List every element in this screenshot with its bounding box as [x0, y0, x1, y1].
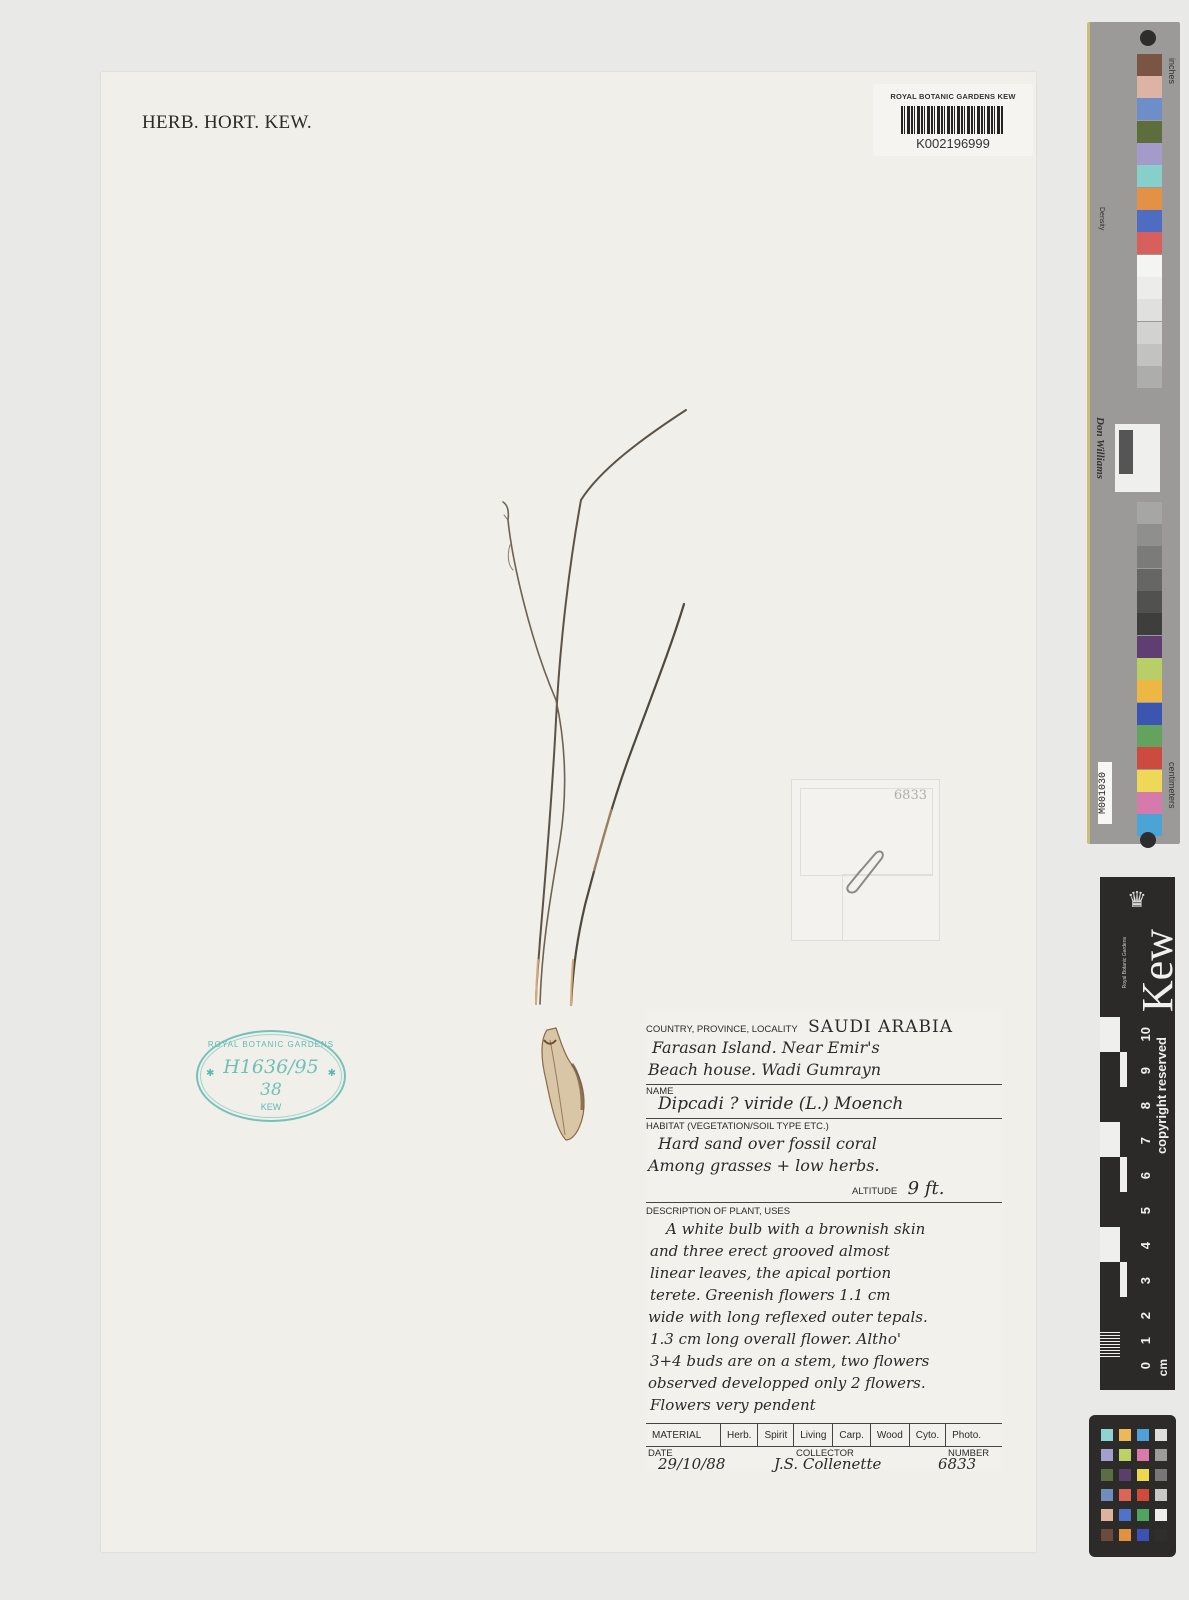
swatch [1137, 54, 1162, 76]
altitude-value: 9 ft. [908, 1178, 945, 1199]
swatch [1137, 725, 1162, 747]
taxon-name: Dipcadi ? viride (L.) Moench [658, 1094, 1002, 1114]
material-carp[interactable]: Carp. [833, 1424, 870, 1446]
kew-logo: Kew [1136, 929, 1180, 1012]
kew-subtitle: Royal Botanic Gardens [1122, 937, 1128, 988]
swatch [1137, 210, 1162, 232]
stamp-place: KEW [196, 1102, 346, 1112]
gray-swatch [1137, 255, 1162, 277]
material-spirit[interactable]: Spirit [758, 1424, 794, 1446]
swatch [1137, 792, 1162, 814]
locality-header: COUNTRY, PROVINCE, LOCALITY [646, 1024, 798, 1035]
gray-swatch [1137, 502, 1162, 524]
gray-swatch [1137, 299, 1162, 321]
swatch [1137, 98, 1162, 120]
collection-label: COUNTRY, PROVINCE, LOCALITY SAUDI ARABIA… [646, 1010, 1002, 1470]
color-checker [1089, 1415, 1176, 1557]
stamp-arc-text: ROYAL BOTANIC GARDENS [196, 1040, 346, 1049]
brand-label: Don Williams [1094, 417, 1106, 479]
swatch [1137, 636, 1162, 658]
strip-code: M001030 [1098, 762, 1112, 824]
locality-line-2: Beach house. Wadi Gumrayn [648, 1060, 1002, 1079]
swatch [1137, 143, 1162, 165]
gray-swatch [1137, 613, 1162, 635]
kew-scale-bar: ♛ Royal Botanic Gardens Kew copyright re… [1100, 877, 1175, 1390]
material-header: MATERIAL [646, 1424, 721, 1446]
swatch [1137, 121, 1162, 143]
barcode-icon [901, 106, 1003, 134]
swatch [1137, 188, 1162, 210]
paperclip-icon [837, 842, 887, 902]
hole-icon [1140, 30, 1156, 46]
material-herb[interactable]: Herb. [721, 1424, 758, 1446]
packet-number: 6833 [894, 788, 927, 803]
hole-icon [1140, 832, 1156, 848]
color-calibration-strip: inches Density Don Williams M001030 cent… [1087, 22, 1180, 844]
gray-swatch [1137, 366, 1162, 388]
gray-swatch [1137, 569, 1162, 591]
habitat-line-1: Hard sand over fossil coral [658, 1134, 1002, 1153]
stamp-accession: H1636/95 [196, 1056, 346, 1078]
barcode-number: K002196999 [873, 136, 1033, 151]
altitude-header: ALTITUDE [852, 1186, 897, 1197]
material-photo[interactable]: Photo. [946, 1424, 987, 1446]
density-label: Density [1098, 207, 1105, 230]
swatch [1137, 770, 1162, 792]
fragment-packet[interactable]: 6833 [791, 779, 940, 941]
swatch [1137, 680, 1162, 702]
habitat-line-2: Among grasses + low herbs. [648, 1156, 1002, 1175]
locality-line-1: Farasan Island. Near Emir's [652, 1038, 1002, 1057]
material-row: MATERIAL Herb. Spirit Living Carp. Wood … [646, 1423, 1002, 1447]
herbarium-title: HERB. HORT. KEW. [142, 112, 312, 134]
gray-swatch [1137, 524, 1162, 546]
swatch [1137, 747, 1162, 769]
copyright-text: copyright reserved [1154, 1037, 1169, 1154]
kew-accession-stamp: ROYAL BOTANIC GARDENS ✱ ✱ H1636/95 38 KE… [196, 1030, 346, 1122]
gray-swatch [1137, 277, 1162, 299]
swatch [1137, 165, 1162, 187]
gray-swatch [1137, 591, 1162, 613]
gray-swatch [1137, 344, 1162, 366]
description-header: DESCRIPTION OF PLANT, USES [646, 1206, 1002, 1217]
barcode-label: ROYAL BOTANIC GARDENS KEW K002196999 [873, 84, 1033, 156]
country-value: SAUDI ARABIA [808, 1017, 953, 1037]
material-living[interactable]: Living [794, 1424, 833, 1446]
number-value: 6833 [938, 1455, 1002, 1473]
crest-icon: ♛ [1120, 885, 1154, 915]
units-inches: inches [1167, 58, 1177, 84]
barcode-organization: ROYAL BOTANIC GARDENS KEW [873, 92, 1033, 101]
resolution-target [1115, 424, 1160, 492]
swatch [1137, 232, 1162, 254]
swatch [1137, 658, 1162, 680]
habitat-header: HABITAT (VEGETATION/SOIL TYPE ETC.) [646, 1121, 1002, 1132]
swatch [1137, 76, 1162, 98]
gray-swatch [1137, 322, 1162, 344]
material-cyto[interactable]: Cyto. [910, 1424, 946, 1446]
swatch [1137, 703, 1162, 725]
unit-label: cm [1156, 1359, 1170, 1376]
material-wood[interactable]: Wood [871, 1424, 910, 1446]
gray-swatch [1137, 546, 1162, 568]
units-centimeters: centimeters [1167, 762, 1177, 809]
stamp-number: 38 [196, 1080, 346, 1100]
